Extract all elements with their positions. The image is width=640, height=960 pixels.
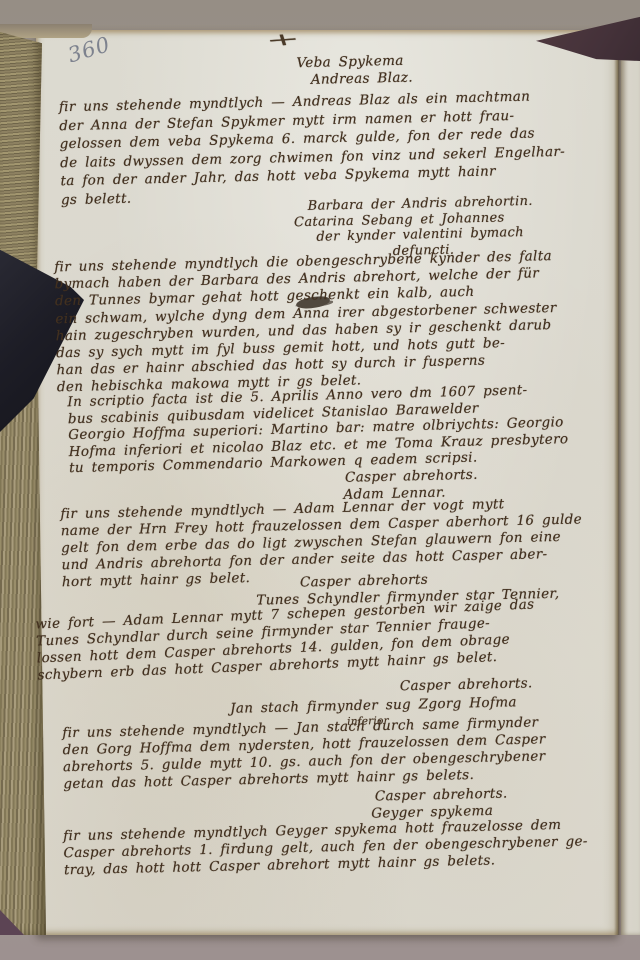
entry1-paragraph: fir uns stehende myndtlych — Andreas Bla… — [59, 87, 566, 209]
entry2-paragraph: fir uns stehende myndtlych die obengesch… — [54, 248, 558, 397]
manuscript-line: Casper abrehorts. — [345, 467, 478, 487]
manuscript-text-layer: 360 + Veba SpykemaAndreas Blaz. fir uns … — [0, 0, 640, 960]
signature-casper-geyger: Casper abrehorts.Geyger spykema — [375, 786, 508, 823]
latin-record-paragraph: In scriptio facta ist die 5. Aprilis Ann… — [67, 381, 569, 477]
entry6-paragraph: fir uns stehende myndtlych Geyger spykem… — [63, 816, 588, 879]
folio-number: 360 — [66, 36, 112, 65]
photo-of-manuscript-page: { "photo": { "folio_number": "360", "cro… — [0, 0, 640, 960]
entry-heading: Veba SpykemaAndreas Blaz. — [296, 53, 413, 90]
manuscript-line: Andreas Blaz. — [311, 70, 413, 89]
entry5-paragraph: fir uns stehende myndtlych — Jan stach d… — [62, 714, 546, 793]
cross-glyph: + — [264, 31, 304, 50]
entry4-paragraph: wie fort — Adam Lennar mytt 7 schepen ge… — [35, 596, 537, 684]
signature-casper-2: Casper abrehorts. — [400, 675, 533, 695]
cross-mark: + — [276, 32, 291, 50]
manuscript-line: Casper abrehorts. — [400, 675, 533, 695]
